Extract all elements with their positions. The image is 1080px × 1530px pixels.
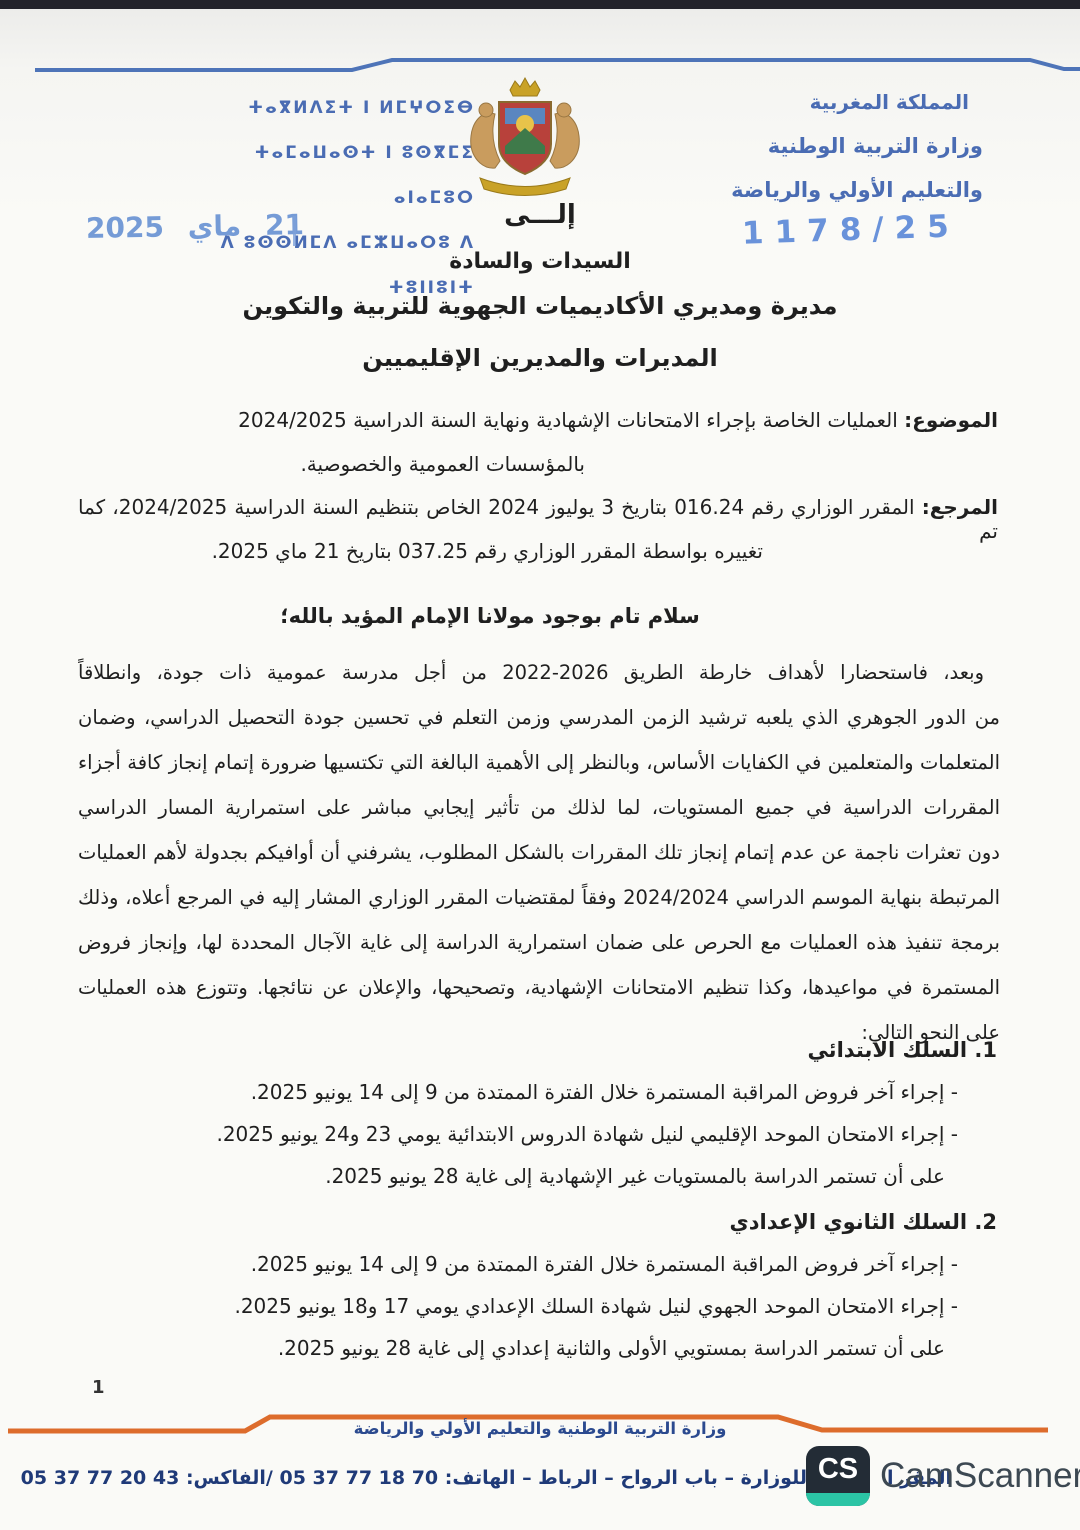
reference-label: المرجع: xyxy=(922,495,998,519)
ministry-name: وزارة التربية الوطنية xyxy=(595,124,983,168)
header-tifinagh: ⵜⴰⴳⵍⴷⵉⵜ ⵏ ⵍⵎⵖⵔⵉⴱ ⵜⴰⵎⴰⵡⴰⵙⵜ ⵏ ⵓⵙⴳⵎⵉ ⴰⵏⴰⵎⵓⵔ… xyxy=(205,86,475,311)
paragraph-line: دون تعثرات ناجمة عن عدم إتمام إنجاز تلك … xyxy=(78,830,1000,875)
paragraph-line: وبعد، فاستحضارا لأهداف خارطة الطريق 2026… xyxy=(78,650,1000,695)
section-2-note: على أن تستمر الدراسة بمستويي الأولى والث… xyxy=(278,1336,945,1360)
section-1-bullet: - إجراء الامتحان الموحد الإقليمي لنيل شه… xyxy=(216,1122,958,1146)
header-rule xyxy=(0,54,1080,78)
camscanner-logo-icon: CS xyxy=(806,1446,870,1506)
paragraph-line: المقررات الدراسية في جميع المستويات، لما… xyxy=(78,785,1000,830)
reference-line: المرجع: المقرر الوزاري رقم 016.24 بتاريخ… xyxy=(78,495,998,543)
section-2-bullet: - إجراء الامتحان الموحد الجهوي لنيل شهاد… xyxy=(234,1294,958,1318)
section-1-bullet: - إجراء آخر فروض المراقبة المستمرة خلال … xyxy=(251,1080,958,1104)
paragraph-line: المستمرة في مواعيدها، وكذا تنظيم الامتحا… xyxy=(78,965,1000,1010)
subject-line: الموضوع: العمليات الخاصة بإجراء الامتحان… xyxy=(80,408,998,432)
subject-line-2: بالمؤسسات العمومية والخصوصية. xyxy=(300,452,585,476)
footer-address-rest: للوزارة – باب الرواح – الرباط – الهاتف: … xyxy=(21,1467,807,1489)
paragraph-line: برمجة تنفيذ هذه العمليات مع الحرص على ضم… xyxy=(78,920,1000,965)
paragraph-line: المتعلمات والمتعلمين في الكفايات الأساس،… xyxy=(78,740,1000,785)
recipients-line: مديرة ومديري الأكاديميات الجهوية للتربية… xyxy=(0,292,1080,320)
tifinagh-line: ⵜⴰⴳⵍⴷⵉⵜ ⵏ ⵍⵎⵖⵔⵉⴱ xyxy=(205,86,475,131)
body-paragraph: وبعد، فاستحضارا لأهداف خارطة الطريق 2026… xyxy=(78,650,1000,1055)
scanned-letter-page: ⵜⴰⴳⵍⴷⵉⵜ ⵏ ⵍⵎⵖⵔⵉⴱ ⵜⴰⵎⴰⵡⴰⵙⵜ ⵏ ⵓⵙⴳⵎⵉ ⴰⵏⴰⵎⵓⵔ… xyxy=(0,0,1080,1530)
reference-line-2: تغييره بواسطة المقرر الوزاري رقم 037.25 … xyxy=(212,539,763,563)
recipients-line: المديرات والمديرين الإقليميين xyxy=(0,344,1080,372)
subject-label: الموضوع: xyxy=(904,408,998,432)
header-ministry-arabic: المملكة المغربية وزارة التربية الوطنية و… xyxy=(595,80,983,212)
scan-top-edge xyxy=(0,0,1080,9)
page-number: 1 xyxy=(92,1377,105,1398)
to-heading: إلـــى xyxy=(0,200,1080,230)
moroccan-coat-of-arms-icon xyxy=(450,76,600,198)
salutation: سلام تام بوجود مولانا الإمام المؤيد بالل… xyxy=(0,604,980,628)
paragraph-line: من الدور الجوهري الذي يلعبه ترشيد الزمن … xyxy=(78,695,1000,740)
camscanner-logo-text: CS xyxy=(806,1446,870,1493)
kingdom-name: المملكة المغربية xyxy=(595,80,983,124)
section-1-note: على أن تستمر الدراسة بالمستويات غير الإش… xyxy=(325,1164,945,1188)
camscanner-brand: CamScanner xyxy=(880,1456,1080,1496)
footer-ministry-line: وزارة التربية الوطنية والتعليم الأولي وا… xyxy=(280,1419,800,1438)
section-2-bullet: - إجراء آخر فروض المراقبة المستمرة خلال … xyxy=(251,1252,958,1276)
recipients-line: السيدات والسادة xyxy=(0,249,1080,274)
section-2-heading: 2. السلك الثانوي الإعدادي xyxy=(730,1210,998,1234)
reference-text: المقرر الوزاري رقم 016.24 بتاريخ 3 يوليو… xyxy=(78,495,998,543)
paragraph-line: المرتبطة بنهاية الموسم الدراسي 2024/2024… xyxy=(78,875,1000,920)
subject-text: العمليات الخاصة بإجراء الامتحانات الإشها… xyxy=(238,408,898,432)
camscanner-logo-teal-bar xyxy=(806,1493,870,1506)
section-1-heading: 1. السلك الابتدائي xyxy=(807,1038,997,1062)
